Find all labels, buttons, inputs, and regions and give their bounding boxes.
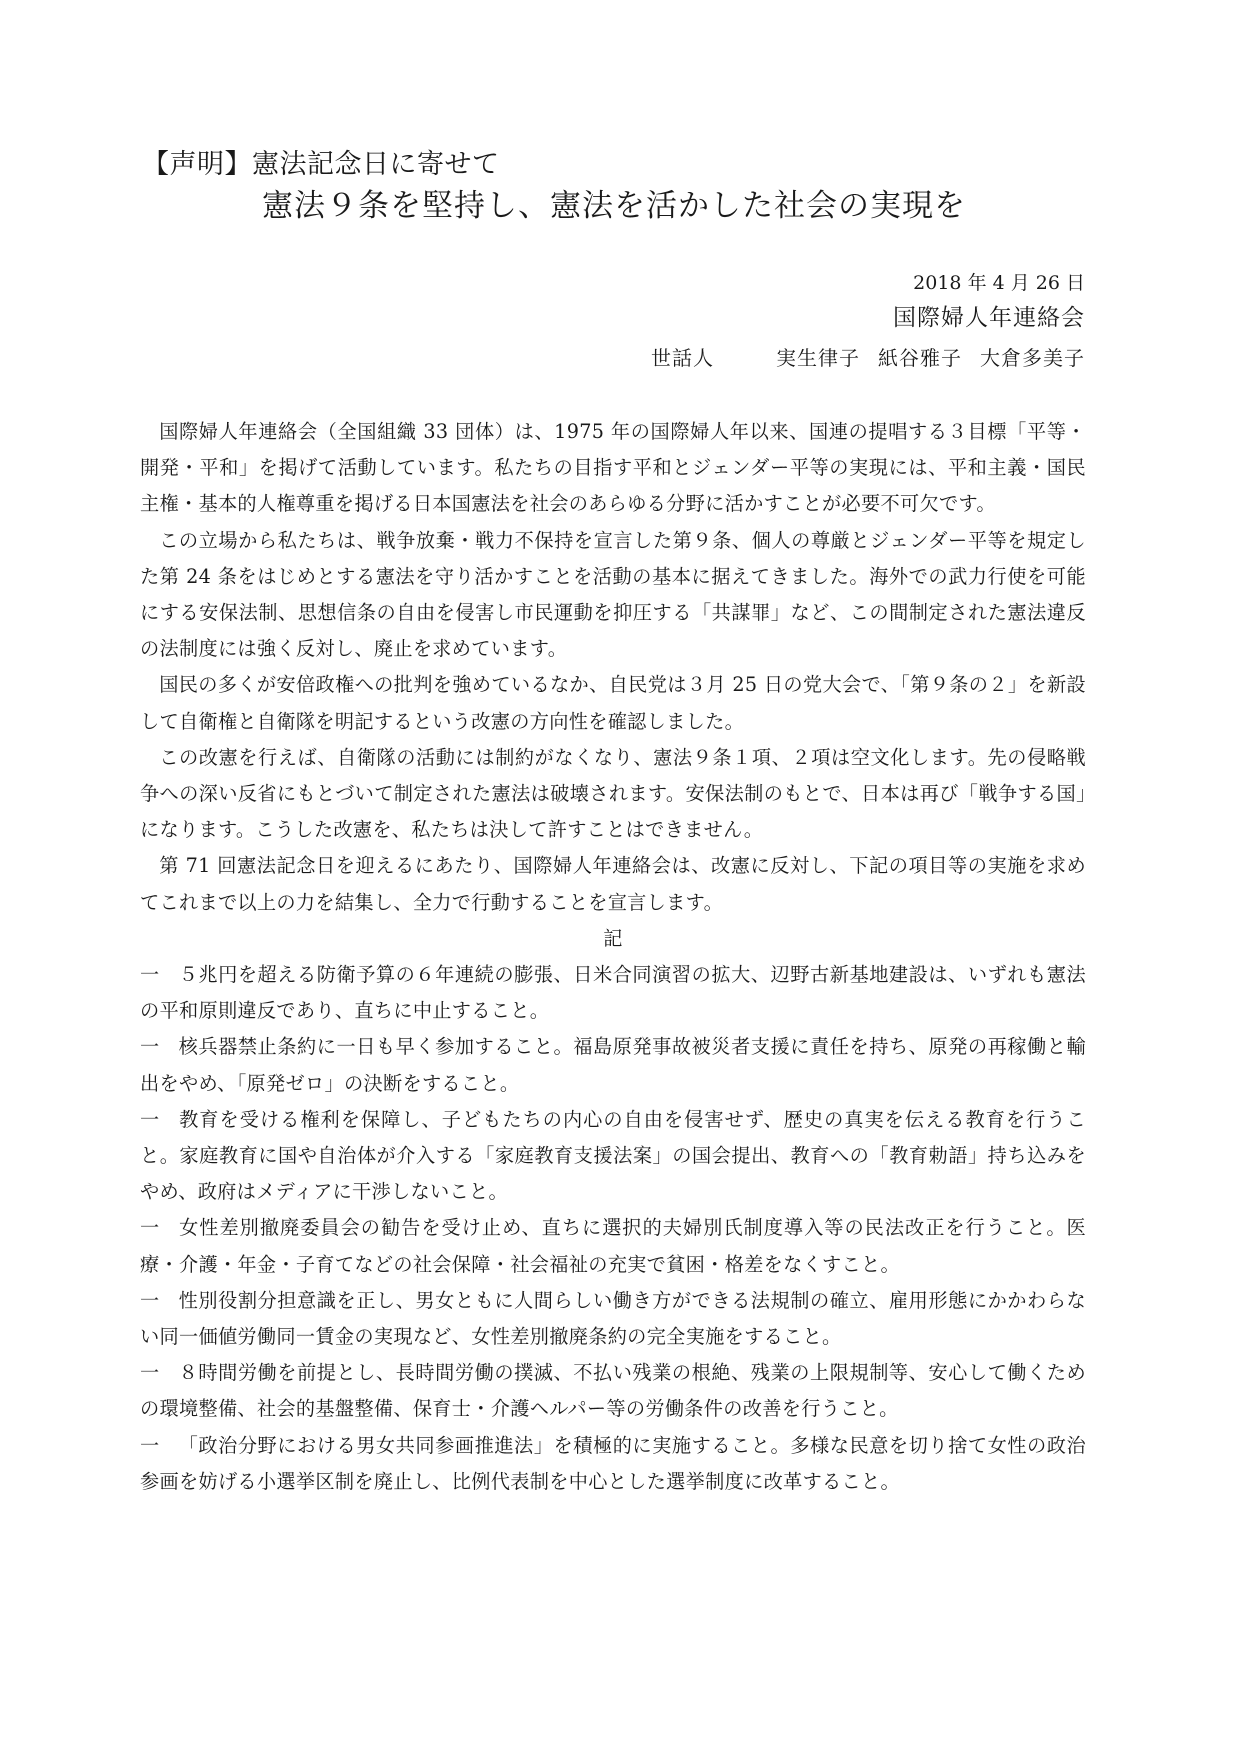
- demand-item: 一５兆円を超える防衛予算の６年連続の膨張、日米合同演習の拡大、辺野古新基地建設は…: [140, 957, 1086, 1029]
- statement-title: 憲法９条を堅持し、憲法を活かした社会の実現を: [262, 186, 966, 226]
- item-marker: 一: [140, 1283, 178, 1319]
- signer-name: 紙谷雅子: [878, 346, 962, 370]
- demand-item: 一教育を受ける権利を保障し、子どもたちの内心の自由を侵害せず、歴史の真実を伝える…: [140, 1102, 1086, 1211]
- body-paragraph: この立場から私たちは、戦争放棄・戦力不保持を宣言した第９条、個人の尊厳とジェンダ…: [140, 523, 1086, 668]
- demand-item: 一性別役割分担意識を正し、男女ともに人間らしい働き方ができる法規制の確立、雇用形…: [140, 1283, 1086, 1355]
- demand-item: 一「政治分野における男女共同参画推進法」を積極的に実施すること。多様な民意を切り…: [140, 1428, 1086, 1500]
- demand-item: 一女性差別撤廃委員会の勧告を受け止め、直ちに選択的夫婦別氏制度導入等の民法改正を…: [140, 1210, 1086, 1282]
- item-marker: 一: [140, 1210, 178, 1246]
- signers-role: 世話人: [651, 346, 714, 370]
- item-marker: 一: [140, 957, 178, 993]
- demand-text: 女性差別撤廃委員会の勧告を受け止め、直ちに選択的夫婦別氏制度導入等の民法改正を行…: [140, 1216, 1086, 1275]
- item-marker: 一: [140, 1102, 178, 1138]
- demand-item: 一核兵器禁止条約に一日も早く参加すること。福島原発事故被災者支援に責任を持ち、原…: [140, 1029, 1086, 1101]
- statement-label: 【声明】: [142, 149, 252, 180]
- signer-name: 大倉多美子: [980, 346, 1085, 370]
- item-marker: 一: [140, 1029, 178, 1065]
- demand-text: ８時間労働を前提とし、長時間労働の撲滅、不払い残業の根絶、残業の上限規制等、安心…: [140, 1361, 1086, 1420]
- signers-line: 世話人実生律子紙谷雅子大倉多美子: [651, 343, 1085, 373]
- body-paragraph: 国民の多くが安倍政権への批判を強めているなか、自民党は３月 25 日の党大会で、…: [140, 667, 1086, 739]
- item-marker: 一: [140, 1428, 178, 1464]
- demand-text: 性別役割分担意識を正し、男女ともに人間らしい働き方ができる法規制の確立、雇用形態…: [140, 1289, 1086, 1348]
- document-page: 【声明】憲法記念日に寄せて 憲法９条を堅持し、憲法を活かした社会の実現を 201…: [0, 0, 1240, 1754]
- demands-list: 一５兆円を超える防衛予算の６年連続の膨張、日米合同演習の拡大、辺野古新基地建設は…: [140, 957, 1086, 1500]
- signer-name: 実生律子: [776, 346, 860, 370]
- body-paragraph: 国際婦人年連絡会（全国組織 33 団体）は、1975 年の国際婦人年以来、国連の…: [140, 414, 1086, 523]
- statement-body: 国際婦人年連絡会（全国組織 33 団体）は、1975 年の国際婦人年以来、国連の…: [140, 414, 1086, 1500]
- item-marker: 一: [140, 1355, 178, 1391]
- organization-name: 国際婦人年連絡会: [893, 302, 1085, 334]
- body-paragraph: 第 71 回憲法記念日を迎えるにあたり、国際婦人年連絡会は、改憲に反対し、下記の…: [140, 848, 1086, 920]
- demand-text: ５兆円を超える防衛予算の６年連続の膨張、日米合同演習の拡大、辺野古新基地建設は、…: [140, 963, 1086, 1022]
- demand-text: 核兵器禁止条約に一日も早く参加すること。福島原発事故被災者支援に責任を持ち、原発…: [140, 1035, 1086, 1094]
- statement-header: 【声明】憲法記念日に寄せて: [142, 148, 500, 182]
- demand-item: 一８時間労働を前提とし、長時間労働の撲滅、不払い残業の根絶、残業の上限規制等、安…: [140, 1355, 1086, 1427]
- demand-text: 教育を受ける権利を保障し、子どもたちの内心の自由を侵害せず、歴史の真実を伝える教…: [140, 1108, 1086, 1203]
- statement-date: 2018 年 4 月 26 日: [913, 270, 1085, 296]
- demand-text: 「政治分野における男女共同参画推進法」を積極的に実施すること。多様な民意を切り捨…: [140, 1434, 1086, 1493]
- body-paragraph: この改憲を行えば、自衛隊の活動には制約がなくなり、憲法９条１項、２項は空文化しま…: [140, 740, 1086, 849]
- ki-heading: 記: [140, 921, 1086, 957]
- statement-subtitle: 憲法記念日に寄せて: [252, 149, 500, 180]
